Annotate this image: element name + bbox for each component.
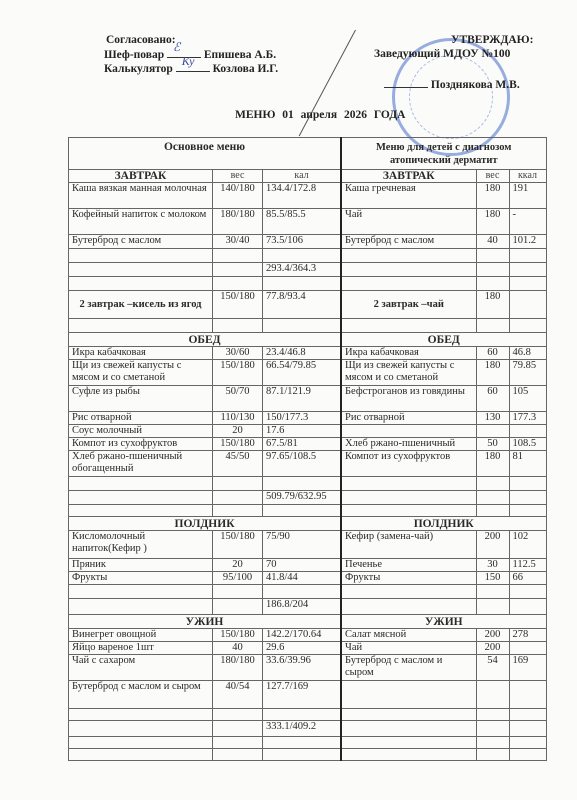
total-calories: 186.8/204	[263, 599, 341, 615]
dish-calories: 29.6	[263, 642, 341, 655]
dish-calories: 134.4/172.8	[263, 183, 341, 209]
section-header: УЖИН	[69, 615, 341, 629]
table-cell	[69, 263, 213, 277]
section-title: ОБЕД	[341, 333, 546, 347]
table-cell	[213, 709, 263, 721]
table-cell	[263, 477, 341, 491]
dish-weight: 150/180	[213, 629, 263, 642]
table-cell	[341, 319, 476, 333]
dish-calories: 127.7/169	[263, 681, 341, 709]
table-cell	[263, 249, 341, 263]
dish-name: 2 завтрак –кисель из ягод	[69, 291, 213, 319]
dish-name: Пряник	[69, 559, 213, 572]
table-cell	[341, 263, 476, 277]
table-cell	[509, 599, 546, 615]
menu-item-row: Бутерброд с маслом30/4073.5/106	[69, 235, 341, 249]
empty-row	[341, 491, 546, 505]
dish-calories: 150/177.3	[263, 412, 341, 425]
column-header-row: ЗАВТРАКвесккал	[341, 170, 546, 183]
menu-item-row: Компот из сухофруктов150/18067.5/81	[69, 438, 341, 451]
dish-name: Бефстроганов из говядины	[341, 386, 476, 412]
empty-row	[341, 599, 546, 615]
empty-row	[69, 477, 341, 491]
table-cell	[509, 585, 546, 599]
dish-name: Рис отварной	[69, 412, 213, 425]
table-cell	[263, 749, 341, 761]
table-cell	[509, 319, 546, 333]
weight-header: вес	[476, 170, 509, 183]
main-menu-table: Основное менюЗАВТРАКвескалКаша вязкая ма…	[68, 137, 341, 761]
dish-name: Кофейный напиток с молоком	[69, 209, 213, 235]
table-cell	[69, 277, 213, 291]
section-title: ОБЕД	[69, 333, 341, 347]
dish-calories: 102	[509, 531, 546, 559]
table-cell	[476, 681, 509, 709]
menu-item-row: Компот из сухофруктов18081	[341, 451, 546, 477]
table-cell	[476, 319, 509, 333]
table-cell	[69, 505, 213, 517]
total-calories: 509.79/632.95	[263, 491, 341, 505]
dish-calories: 33.6/39.96	[263, 655, 341, 681]
dish-weight: 54	[476, 655, 509, 681]
dish-weight: 180/180	[213, 209, 263, 235]
table-cell	[213, 277, 263, 291]
empty-row	[341, 277, 546, 291]
table-cell	[341, 249, 476, 263]
calories-header: ккал	[509, 170, 546, 183]
dish-name: Чай	[341, 209, 476, 235]
menu-item-row: Суфле из рыбы50/7087.1/121.9	[69, 386, 341, 412]
table-cell	[341, 721, 476, 737]
dish-weight: 180/180	[213, 655, 263, 681]
dish-calories: 81	[509, 451, 546, 477]
section-title: ПОЛДНИК	[341, 517, 546, 531]
menu-item-row: Щи из свежей капусты с мясом и со сметан…	[341, 360, 546, 386]
dish-calories: 77.8/93.4	[263, 291, 341, 319]
table-cell	[509, 249, 546, 263]
page-title: МЕНЮ 01 апреля 2026 ГОДА	[235, 109, 405, 121]
table-cell	[476, 491, 509, 505]
table-cell	[69, 491, 213, 505]
calc-signature-line: Калькулятор Ку Козлова И.Г.	[104, 62, 278, 75]
dish-name: Компот из сухофруктов	[69, 438, 213, 451]
dish-weight: 40	[476, 235, 509, 249]
menu-item-row: Каша вязкая манная молочная140/180134.4/…	[69, 183, 341, 209]
menu-item-row: Рис отварной110/130150/177.3	[69, 412, 341, 425]
table-cell	[341, 277, 476, 291]
table-cell	[476, 585, 509, 599]
table-cell	[263, 319, 341, 333]
dish-name: Икра кабачковая	[341, 347, 476, 360]
approve-label: УТВЕРЖДАЮ:	[451, 34, 533, 46]
dish-weight: 150/180	[213, 438, 263, 451]
menu-item-row: Печенье30112.5	[341, 559, 546, 572]
total-row: 186.8/204	[69, 599, 341, 615]
dish-calories: 85.5/85.5	[263, 209, 341, 235]
head-signature	[384, 78, 428, 88]
dish-weight: 180	[476, 291, 509, 319]
dish-calories: 41.8/44	[263, 572, 341, 585]
head-signature-line: Позднякова М.В.	[384, 78, 520, 91]
dish-calories: 142.2/170.64	[263, 629, 341, 642]
table-cell	[213, 599, 263, 615]
dish-weight: 150/180	[213, 360, 263, 386]
table-cell	[341, 681, 476, 709]
calc-role: Калькулятор	[104, 63, 173, 75]
dish-name: Фрукты	[69, 572, 213, 585]
calories-header: кал	[263, 170, 341, 183]
empty-row	[341, 249, 546, 263]
diet-menu-table: Меню для детей с диагнозом атопический д…	[340, 137, 547, 761]
table-cell	[213, 249, 263, 263]
dish-calories: 112.5	[509, 559, 546, 572]
table-cell	[69, 721, 213, 737]
empty-row	[341, 681, 546, 709]
menu-item-row: Салат мясной200278	[341, 629, 546, 642]
dish-weight: 150/180	[213, 291, 263, 319]
table-cell	[476, 721, 509, 737]
table-cell	[509, 737, 546, 749]
dish-calories: 46.8	[509, 347, 546, 360]
dish-name: Чай с сахаром	[69, 655, 213, 681]
empty-row	[69, 505, 341, 517]
dish-calories: 97.65/108.5	[263, 451, 341, 477]
dish-weight: 60	[476, 347, 509, 360]
empty-row	[341, 319, 546, 333]
menu-item-row: Бутерброд с маслом и сыром54169	[341, 655, 546, 681]
dish-weight: 30/40	[213, 235, 263, 249]
empty-row	[341, 505, 546, 517]
dish-calories: 17.6	[263, 425, 341, 438]
dish-calories: 191	[509, 183, 546, 209]
dish-name: Бутерброд с маслом и сыром	[341, 655, 476, 681]
dish-name: Бутерброд с маслом	[69, 235, 213, 249]
table-cell	[509, 491, 546, 505]
section-header: ПОЛДНИК	[341, 517, 546, 531]
dish-weight: 95/100	[213, 572, 263, 585]
dish-weight: 50	[476, 438, 509, 451]
dish-name: Щи из свежей капусты с мясом и со сметан…	[341, 360, 476, 386]
dish-weight: 180	[476, 360, 509, 386]
menu-item-row: Бефстроганов из говядины60105	[341, 386, 546, 412]
menu-item-row: Икра кабачковая30/6023.4/46.8	[69, 347, 341, 360]
table-cell	[69, 585, 213, 599]
table-cell	[213, 721, 263, 737]
menu-item-row: Икра кабачковая6046.8	[341, 347, 546, 360]
second-breakfast-row: 2 завтрак –кисель из ягод150/18077.8/93.…	[69, 291, 341, 319]
empty-row	[69, 709, 341, 721]
section-header: ОБЕД	[341, 333, 546, 347]
dish-calories: 73.5/106	[263, 235, 341, 249]
menu-item-row: Пряник2070	[69, 559, 341, 572]
dish-calories: 169	[509, 655, 546, 681]
table-cell	[341, 477, 476, 491]
menu-item-row: Чай180-	[341, 209, 546, 235]
dish-calories	[509, 291, 546, 319]
table-cell	[476, 505, 509, 517]
agreed-label: Согласовано:	[106, 34, 176, 46]
table-cell	[341, 709, 476, 721]
total-calories: 293.4/364.3	[263, 263, 341, 277]
table-cell	[213, 749, 263, 761]
dish-name: Печенье	[341, 559, 476, 572]
dish-name: Рис отварной	[341, 412, 476, 425]
table-cell	[341, 585, 476, 599]
menu-item-row: Рис отварной130177.3	[341, 412, 546, 425]
dish-calories: 67.5/81	[263, 438, 341, 451]
table-cell	[476, 709, 509, 721]
section-title: УЖИН	[69, 615, 341, 629]
dish-weight: 140/180	[213, 183, 263, 209]
section-header: ПОЛДНИК	[69, 517, 341, 531]
table-cell	[263, 709, 341, 721]
total-row: 509.79/632.95	[69, 491, 341, 505]
empty-row	[69, 319, 341, 333]
menu-item-row: Соус молочный2017.6	[69, 425, 341, 438]
calc-name: Козлова И.Г.	[213, 63, 279, 75]
dish-name: Яйцо вареное 1шт	[69, 642, 213, 655]
head-role: Заведующий МДОУ №100	[374, 48, 510, 60]
dish-name: Кисломолочный напиток(Кефир )	[69, 531, 213, 559]
dish-weight: 200	[476, 642, 509, 655]
dish-name: Чай	[341, 642, 476, 655]
dish-calories	[509, 642, 546, 655]
table-cell	[69, 749, 213, 761]
table-cell	[476, 749, 509, 761]
dish-weight: 180	[476, 209, 509, 235]
chef-role: Шеф-повар	[104, 49, 164, 61]
dish-name: Хлеб ржано-пшеничный обогащенный	[69, 451, 213, 477]
dish-name: Каша гречневая	[341, 183, 476, 209]
table-cell	[509, 749, 546, 761]
table-title-row: Основное меню	[69, 138, 341, 170]
dish-weight: 110/130	[213, 412, 263, 425]
dish-weight: 40/54	[213, 681, 263, 709]
empty-row	[341, 585, 546, 599]
table-cell	[213, 737, 263, 749]
table-cell	[263, 505, 341, 517]
dish-calories: 108.5	[509, 438, 546, 451]
dish-name: Каша вязкая манная молочная	[69, 183, 213, 209]
table-cell	[213, 477, 263, 491]
dish-name: Салат мясной	[341, 629, 476, 642]
column-header-row: ЗАВТРАКвескал	[69, 170, 341, 183]
section-header: ОБЕД	[69, 333, 341, 347]
section-title: ПОЛДНИК	[69, 517, 341, 531]
section-title: УЖИН	[341, 615, 546, 629]
menu-item-row: Кофейный напиток с молоком180/18085.5/85…	[69, 209, 341, 235]
table-title-row: Меню для детей с диагнозом атопический д…	[341, 138, 546, 170]
dish-weight: 45/50	[213, 451, 263, 477]
dish-weight: 180	[476, 183, 509, 209]
table-cell	[213, 585, 263, 599]
table-cell	[69, 709, 213, 721]
table-cell	[341, 599, 476, 615]
dish-weight: 130	[476, 412, 509, 425]
table-cell	[69, 249, 213, 263]
dish-name: Щи из свежей капусты с мясом и со сметан…	[69, 360, 213, 386]
empty-row	[69, 737, 341, 749]
table-cell	[263, 277, 341, 291]
dish-name: Суфле из рыбы	[69, 386, 213, 412]
total-calories: 333.1/409.2	[263, 721, 341, 737]
menu-item-row: Хлеб ржано-пшеничный50108.5	[341, 438, 546, 451]
menu-item-row: Яйцо вареное 1шт4029.6	[69, 642, 341, 655]
dish-weight: 200	[476, 629, 509, 642]
dish-name: Фрукты	[341, 572, 476, 585]
dish-name: Соус молочный	[69, 425, 213, 438]
menu-item-row: Кефир (замена-чай)200102	[341, 531, 546, 559]
menu-item-row: Кисломолочный напиток(Кефир )150/18075/9…	[69, 531, 341, 559]
dish-weight: 30/60	[213, 347, 263, 360]
empty-row	[69, 249, 341, 263]
dish-calories: 70	[263, 559, 341, 572]
dish-weight: 50/70	[213, 386, 263, 412]
table-cell	[476, 477, 509, 491]
dish-weight: 20	[213, 559, 263, 572]
dish-name: Икра кабачковая	[69, 347, 213, 360]
second-breakfast-row: 2 завтрак –чай180	[341, 291, 546, 319]
table-cell	[341, 737, 476, 749]
table-cell	[476, 263, 509, 277]
dish-calories: 75/90	[263, 531, 341, 559]
table-cell	[509, 477, 546, 491]
empty-row	[341, 749, 546, 761]
head-name: Позднякова М.В.	[431, 79, 520, 91]
menu-item-row: Щи из свежей капусты с мясом и со сметан…	[69, 360, 341, 386]
empty-row	[69, 749, 341, 761]
dish-name: 2 завтрак –чай	[341, 291, 476, 319]
dish-weight: 60	[476, 386, 509, 412]
table-cell	[476, 277, 509, 291]
menu-item-row	[341, 425, 546, 438]
dish-name: Бутерброд с маслом	[341, 235, 476, 249]
table-cell	[213, 491, 263, 505]
dish-calories: 278	[509, 629, 546, 642]
dish-calories: -	[509, 209, 546, 235]
table-cell	[69, 319, 213, 333]
dish-weight: 30	[476, 559, 509, 572]
table-cell	[341, 749, 476, 761]
dish-weight: 200	[476, 531, 509, 559]
dish-weight: 150	[476, 572, 509, 585]
table-cell	[213, 263, 263, 277]
dish-calories: 101.2	[509, 235, 546, 249]
dish-weight: 180	[476, 451, 509, 477]
empty-row	[341, 721, 546, 737]
dish-calories	[509, 425, 546, 438]
section-header: УЖИН	[341, 615, 546, 629]
dish-weight: 150/180	[213, 531, 263, 559]
table-cell	[341, 505, 476, 517]
table-cell	[213, 319, 263, 333]
breakfast-header: ЗАВТРАК	[341, 170, 476, 183]
weight-header: вес	[213, 170, 263, 183]
table-cell	[509, 263, 546, 277]
dish-calories: 66.54/79.85	[263, 360, 341, 386]
total-row: 333.1/409.2	[69, 721, 341, 737]
table-cell	[263, 585, 341, 599]
dish-name: Бутерброд с маслом и сыром	[69, 681, 213, 709]
menu-item-row: Фрукты95/10041.8/44	[69, 572, 341, 585]
empty-row	[341, 263, 546, 277]
menu-item-row: Фрукты15066	[341, 572, 546, 585]
dish-calories: 177.3	[509, 412, 546, 425]
dish-name: Хлеб ржано-пшеничный	[341, 438, 476, 451]
dish-calories: 66	[509, 572, 546, 585]
table-cell	[69, 737, 213, 749]
table-cell	[509, 709, 546, 721]
menu-item-row: Чай с сахаром180/18033.6/39.96	[69, 655, 341, 681]
dish-calories: 23.4/46.8	[263, 347, 341, 360]
table-title: Основное меню	[69, 138, 341, 170]
empty-row	[341, 709, 546, 721]
empty-row	[69, 277, 341, 291]
dish-name: Компот из сухофруктов	[341, 451, 476, 477]
total-row: 293.4/364.3	[69, 263, 341, 277]
empty-row	[341, 477, 546, 491]
dish-calories: 105	[509, 386, 546, 412]
table-cell	[341, 491, 476, 505]
dish-weight: 20	[213, 425, 263, 438]
table-cell	[263, 737, 341, 749]
table-cell	[509, 681, 546, 709]
menu-item-row: Бутерброд с маслом и сыром40/54127.7/169	[69, 681, 341, 709]
dish-name: Кефир (замена-чай)	[341, 531, 476, 559]
menu-item-row: Бутерброд с маслом40101.2	[341, 235, 546, 249]
menu-item-row: Каша гречневая180191	[341, 183, 546, 209]
table-cell	[213, 505, 263, 517]
dish-name	[341, 425, 476, 438]
empty-row	[341, 737, 546, 749]
table-cell	[476, 599, 509, 615]
table-title: Меню для детей с диагнозом атопический д…	[341, 138, 546, 170]
dish-weight	[476, 425, 509, 438]
table-cell	[476, 249, 509, 263]
menu-item-row: Хлеб ржано-пшеничный обогащенный45/5097.…	[69, 451, 341, 477]
chef-name: Епишева А.Б.	[204, 49, 276, 61]
table-cell	[509, 277, 546, 291]
dish-calories: 87.1/121.9	[263, 386, 341, 412]
menu-item-row: Винегрет овощной150/180142.2/170.64	[69, 629, 341, 642]
table-cell	[476, 737, 509, 749]
dish-name: Винегрет овощной	[69, 629, 213, 642]
calc-signature: Ку	[176, 62, 210, 72]
table-cell	[509, 721, 546, 737]
table-cell	[509, 505, 546, 517]
dish-weight: 40	[213, 642, 263, 655]
empty-row	[69, 585, 341, 599]
table-cell	[69, 477, 213, 491]
table-cell	[69, 599, 213, 615]
dish-calories: 79.85	[509, 360, 546, 386]
menu-item-row: Чай200	[341, 642, 546, 655]
breakfast-header: ЗАВТРАК	[69, 170, 213, 183]
